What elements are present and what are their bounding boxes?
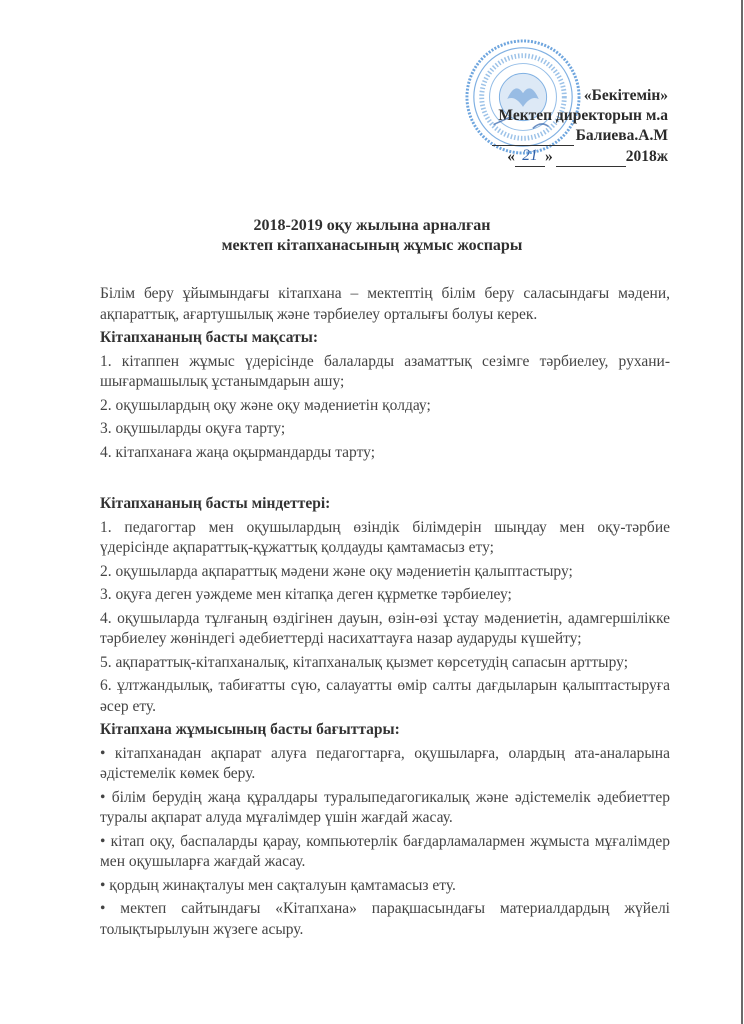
approval-day: 21	[515, 146, 545, 167]
tasks-heading: Кітапхананың басты міндеттері:	[100, 494, 670, 515]
document-body: Білім беру ұйымындағы кітапхана – мектеп…	[100, 284, 670, 943]
approver-position: Мектеп директорын м.а	[492, 106, 668, 126]
intro-paragraph: Білім беру ұйымындағы кітапхана – мектеп…	[100, 284, 670, 325]
goal-item: 2. оқушылардың оқу және оқу мәдениетін қ…	[100, 396, 670, 417]
approver-name-line: Балиева.А.М	[492, 126, 668, 146]
direction-item: • кітап оқу, баспаларды қарау, компьютер…	[100, 832, 670, 873]
direction-item: • кітапханадан ақпарат алуға педагогтарғ…	[100, 744, 670, 785]
direction-item: • қордың жинақталуы мен сақталуын қамтам…	[100, 876, 670, 897]
task-item: 5. ақпараттық-кітапханалық, кітапханалық…	[100, 653, 670, 674]
goals-heading: Кітапхананың басты мақсаты:	[100, 328, 670, 349]
approval-block: «Бекітемін» Мектеп директорын м.а Балиев…	[492, 86, 668, 167]
direction-item: • мектеп сайтындағы «Кітапхана» парақшас…	[100, 899, 670, 940]
title-line-2: мектеп кітапханасының жұмыс жоспары	[0, 236, 744, 256]
approval-month-line	[556, 166, 626, 167]
goal-item: 3. оқушыларды оқуға тарту;	[100, 419, 670, 440]
section-spacer	[100, 466, 670, 494]
task-item: 6. ұлтжандылық, табиғатты сүю, салауатты…	[100, 676, 670, 717]
task-item: 4. оқушыларда тұлғаның өздігінен дауын, …	[100, 609, 670, 650]
goal-item: 4. кітапханаға жаңа оқырмандарды тарту;	[100, 443, 670, 464]
approval-year: 2018ж	[626, 148, 668, 165]
approver-name: Балиева.А.М	[576, 127, 668, 144]
task-item: 3. оқуға деген уәждеме мен кітапқа деген…	[100, 585, 670, 606]
page-edge	[741, 0, 743, 1024]
approval-date-line: «21»2018ж	[492, 146, 668, 167]
title-line-1: 2018-2019 оқу жылына арналған	[0, 216, 744, 236]
document-title: 2018-2019 оқу жылына арналған мектеп кіт…	[0, 216, 744, 256]
task-item: 2. оқушыларда ақпараттық мәдени және оқу…	[100, 562, 670, 583]
approval-label: «Бекітемін»	[492, 86, 668, 106]
goal-item: 1. кітаппен жұмыс үдерісінде балаларды а…	[100, 352, 670, 393]
task-item: 1. педагогтар мен оқушылардың өзіндік бі…	[100, 518, 670, 559]
directions-heading: Кітапхана жұмысының басты бағыттары:	[100, 720, 670, 741]
direction-item: • білім берудің жаңа құралдары туралыпед…	[100, 788, 670, 829]
